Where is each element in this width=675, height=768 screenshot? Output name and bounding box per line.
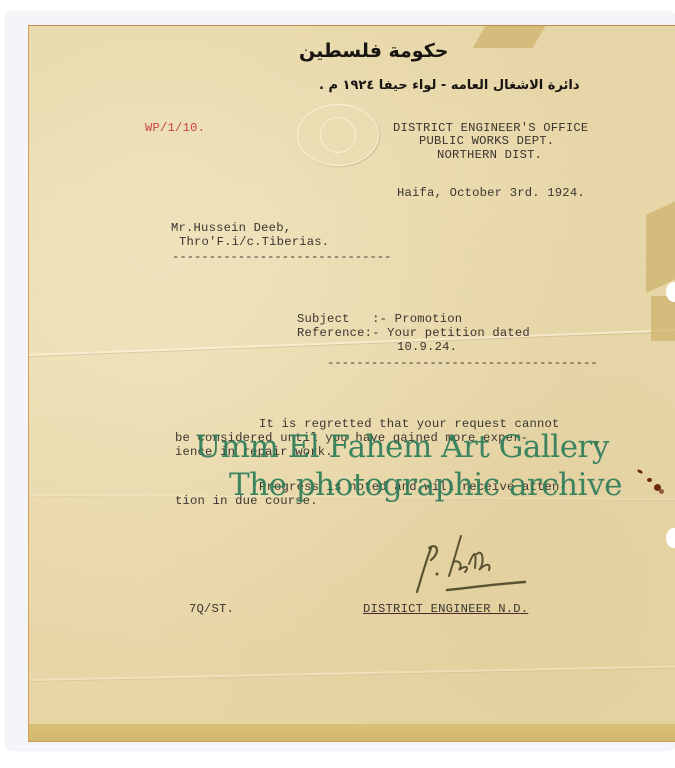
punch-hole bbox=[666, 528, 675, 548]
recipient-name: Mr.Hussein Deeb, bbox=[171, 222, 291, 235]
letterhead-district: NORTHERN DIST. bbox=[437, 149, 542, 162]
typist-reference: 7Q/ST. bbox=[189, 603, 234, 616]
tape-strip-bottom bbox=[29, 724, 675, 742]
subject-rule: ------------------------------------- bbox=[327, 357, 598, 370]
tape-stain bbox=[473, 26, 546, 48]
arabic-government-header: حكومة فلسطين bbox=[299, 40, 448, 62]
file-reference: WP/1/10. bbox=[145, 122, 205, 135]
date-line: Haifa, October 3rd. 1924. bbox=[397, 187, 585, 200]
tape-stain bbox=[646, 201, 675, 293]
signatory-title: DISTRICT ENGINEER N.D. bbox=[363, 603, 528, 616]
recipient-rule: ------------------------------ bbox=[172, 251, 391, 264]
tape-stain bbox=[651, 296, 675, 341]
ink-stain bbox=[659, 489, 664, 494]
watermark-archive: The photographic archive bbox=[229, 467, 622, 503]
ink-stain bbox=[637, 469, 644, 475]
handwritten-signature bbox=[407, 534, 527, 604]
embossed-seal-icon bbox=[297, 104, 379, 166]
watermark-gallery: Umm El Fahem Art Gallery bbox=[195, 429, 609, 465]
reference-line: Reference:- Your petition dated bbox=[297, 327, 530, 340]
subject-line: Subject :- Promotion bbox=[297, 313, 462, 326]
ink-stain bbox=[647, 478, 652, 482]
punch-hole bbox=[666, 282, 675, 302]
letter-page: حكومة فلسطين دائرة الاشغال العامه - لواء… bbox=[28, 25, 675, 742]
arabic-department-header: دائرة الاشغال العامه - لواء حيفا ١٩٢٤ م … bbox=[319, 78, 580, 93]
recipient-via: Thro'F.i/c.Tiberias. bbox=[179, 236, 329, 249]
reference-date: 10.9.24. bbox=[397, 341, 457, 354]
fold-crease bbox=[29, 665, 675, 681]
letterhead-dept: PUBLIC WORKS DEPT. bbox=[419, 135, 554, 148]
crest-icon bbox=[320, 117, 356, 153]
